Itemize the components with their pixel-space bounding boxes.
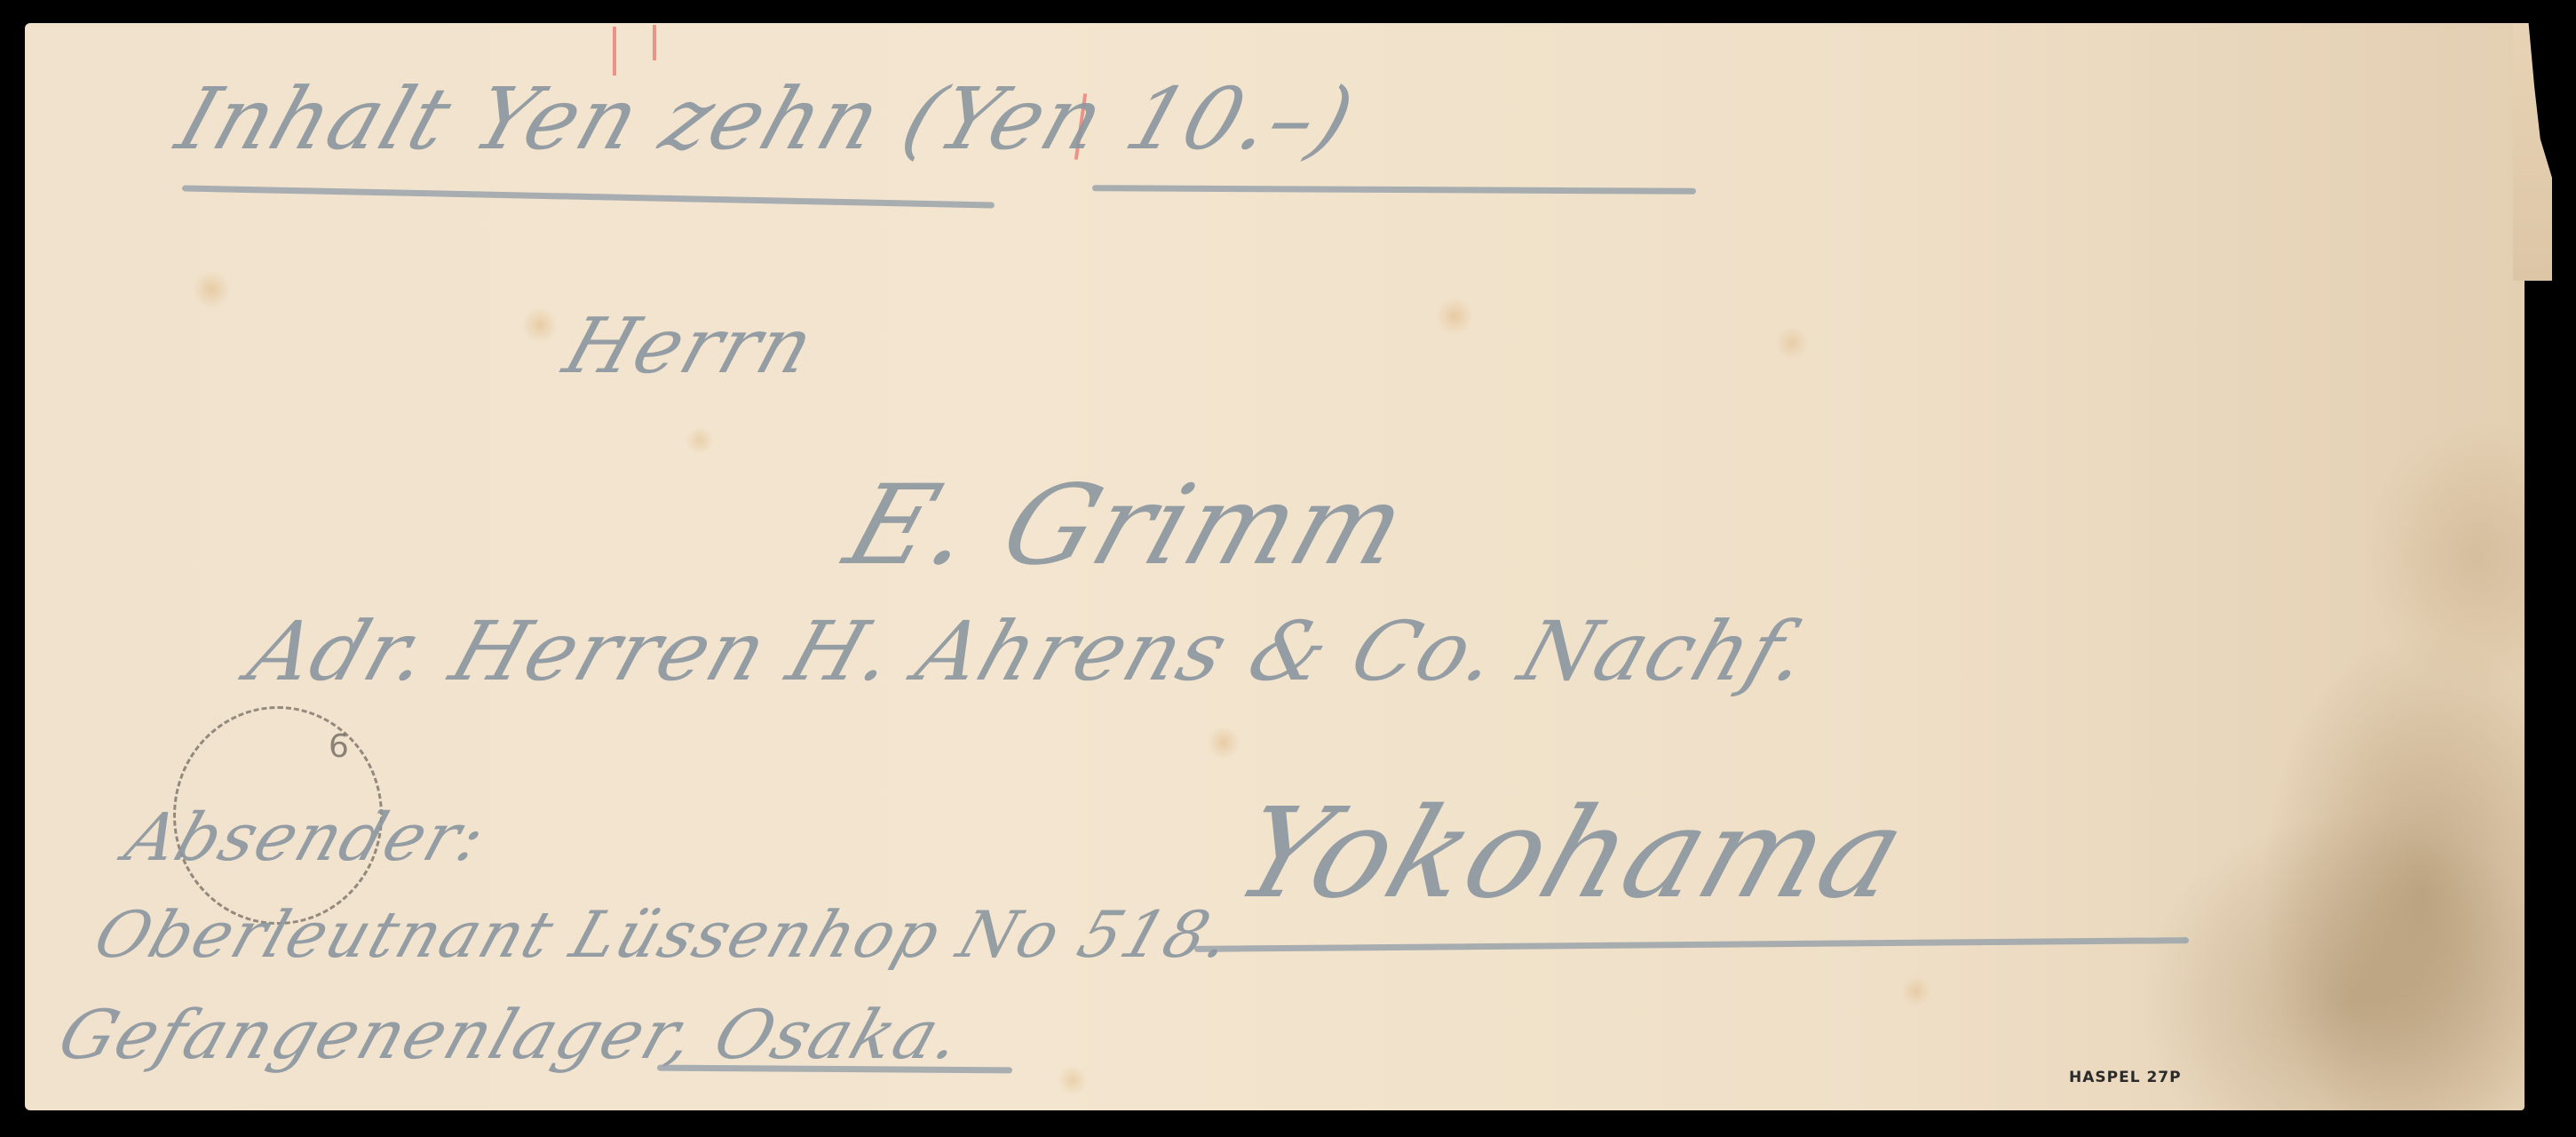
recipient-city: Yokohama (1220, 782, 1923, 926)
sender-name: Oberleutnant Lüssenhop No 518. (85, 897, 1242, 972)
torn-flap (2513, 23, 2552, 281)
postmark-text: 6 (329, 728, 349, 765)
sender-camp: Gefangenenlager, Osaka. (50, 995, 974, 1074)
recipient-salutation: Herrn (554, 302, 826, 391)
maker-imprint: HASPEL 27P (2069, 1069, 2182, 1086)
contents-note: Inhalt Yen zehn (Yen 10.–) (166, 69, 1367, 169)
recipient-address: Adr. Herren H. Ahrens & Co. Nachf. (238, 604, 1823, 699)
recipient-name: E. Grimm (832, 462, 1423, 590)
sender-label: Absender: (116, 799, 496, 876)
red-mark (613, 27, 616, 76)
red-mark (653, 25, 656, 60)
